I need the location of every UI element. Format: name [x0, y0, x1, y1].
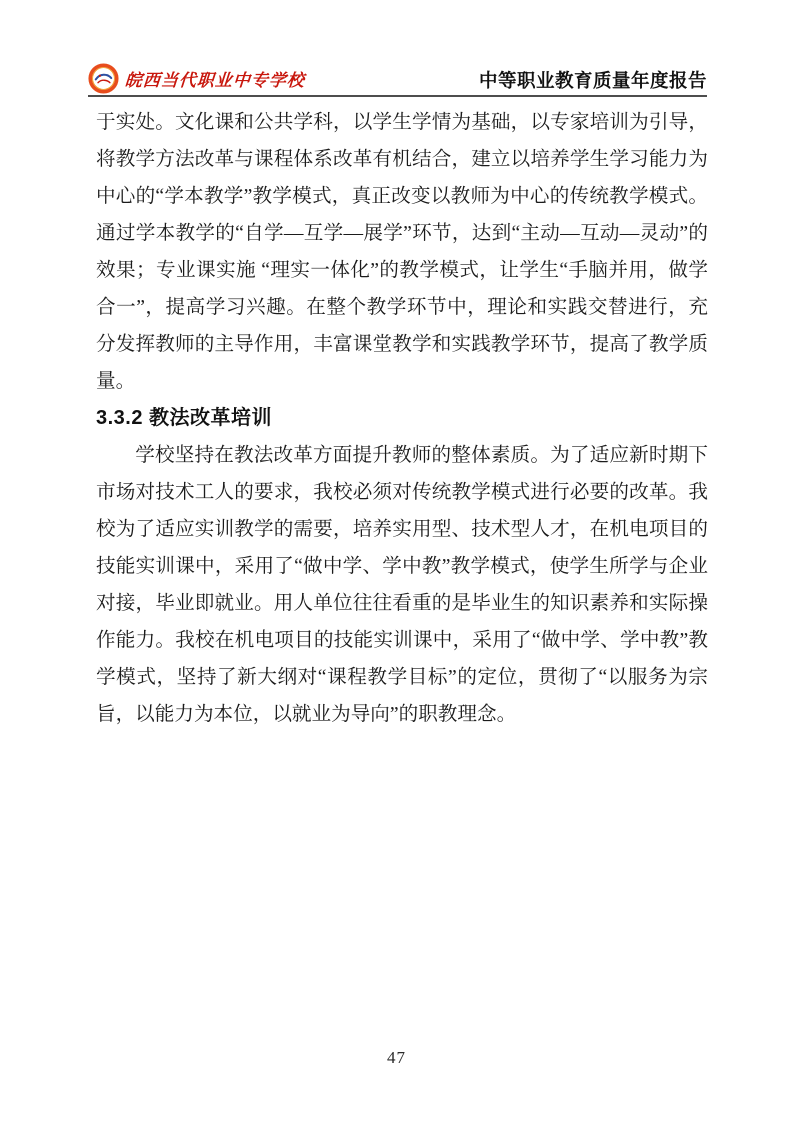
section-heading: 3.3.2 教法改革培训 — [96, 400, 708, 437]
page-footer: 47 — [0, 1048, 793, 1068]
header-divider — [88, 95, 707, 97]
paragraph-body: 学校坚持在教法改革方面提升教师的整体素质。为了适应新时期下市场对技术工人的要求，… — [96, 437, 708, 733]
page-body: 于实处。文化课和公共学科，以学生学情为基础，以专家培训为引导，将教学方法改革与课… — [96, 104, 708, 733]
paragraph-continuation: 于实处。文化课和公共学科，以学生学情为基础，以专家培训为引导，将教学方法改革与课… — [96, 104, 708, 400]
school-name: 皖西当代职业中专学校 — [124, 66, 306, 91]
document-page: 皖西当代职业中专学校 中等职业教育质量年度报告 于实处。文化课和公共学科，以学生… — [0, 0, 793, 1122]
school-badge-icon — [88, 63, 119, 94]
page-number: 47 — [387, 1048, 406, 1067]
report-title: 中等职业教育质量年度报告 — [479, 67, 707, 96]
page-header: 皖西当代职业中专学校 中等职业教育质量年度报告 — [88, 60, 707, 96]
school-logo: 皖西当代职业中专学校 — [88, 63, 305, 96]
